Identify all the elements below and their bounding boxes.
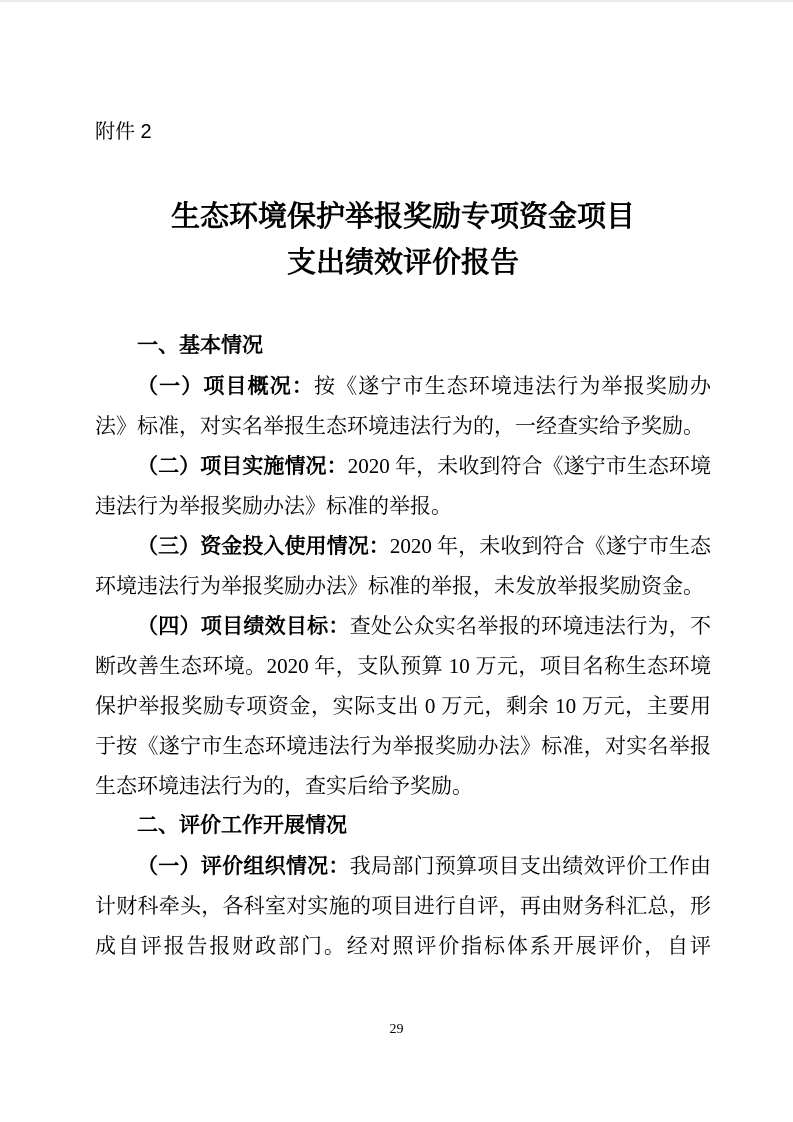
paragraph-label: （四）项目绩效目标： <box>137 614 350 638</box>
page-top-edge <box>0 0 793 2</box>
paragraph-performance-goals: （四）项目绩效目标：查处公众实名举报的环境违法行为，不断改善生态环境。2020 … <box>95 606 711 806</box>
paragraph-label: （一）项目概况： <box>137 374 314 398</box>
section-heading-evaluation-work: 二、评价工作开展情况 <box>95 806 711 846</box>
page-number: 29 <box>0 1022 793 1038</box>
paragraph-label: （一）评价组织情况： <box>137 854 350 878</box>
document-title-line-2: 支出绩效评价报告 <box>95 240 711 286</box>
paragraph-project-implementation: （二）项目实施情况：2020 年，未收到符合《遂宁市生态环境违法行为举报奖励办法… <box>95 446 711 526</box>
document-page: 附件 2 生态环境保护举报奖励专项资金项目 支出绩效评价报告 一、基本情况 （一… <box>0 0 793 1122</box>
attachment-label: 附件 2 <box>95 119 711 145</box>
paragraph-fund-usage: （三）资金投入使用情况：2020 年，未收到符合《遂宁市生态环境违法行为举报奖励… <box>95 526 711 606</box>
paragraph-label: （二）项目实施情况： <box>137 454 348 478</box>
paragraph-text: 查处公众实名举报的环境违法行为，不断改善生态环境。2020 年，支队预算 10 … <box>95 614 711 798</box>
section-heading-basic-situation: 一、基本情况 <box>95 326 711 366</box>
paragraph-evaluation-organization: （一）评价组织情况：我局部门预算项目支出绩效评价工作由计财科牵头，各科室对实施的… <box>95 846 711 966</box>
document-title: 生态环境保护举报奖励专项资金项目 支出绩效评价报告 <box>95 194 711 286</box>
paragraph-project-overview: （一）项目概况：按《遂宁市生态环境违法行为举报奖励办法》标准，对实名举报生态环境… <box>95 366 711 446</box>
paragraph-label: （三）资金投入使用情况： <box>137 534 390 558</box>
document-title-line-1: 生态环境保护举报奖励专项资金项目 <box>95 194 711 240</box>
